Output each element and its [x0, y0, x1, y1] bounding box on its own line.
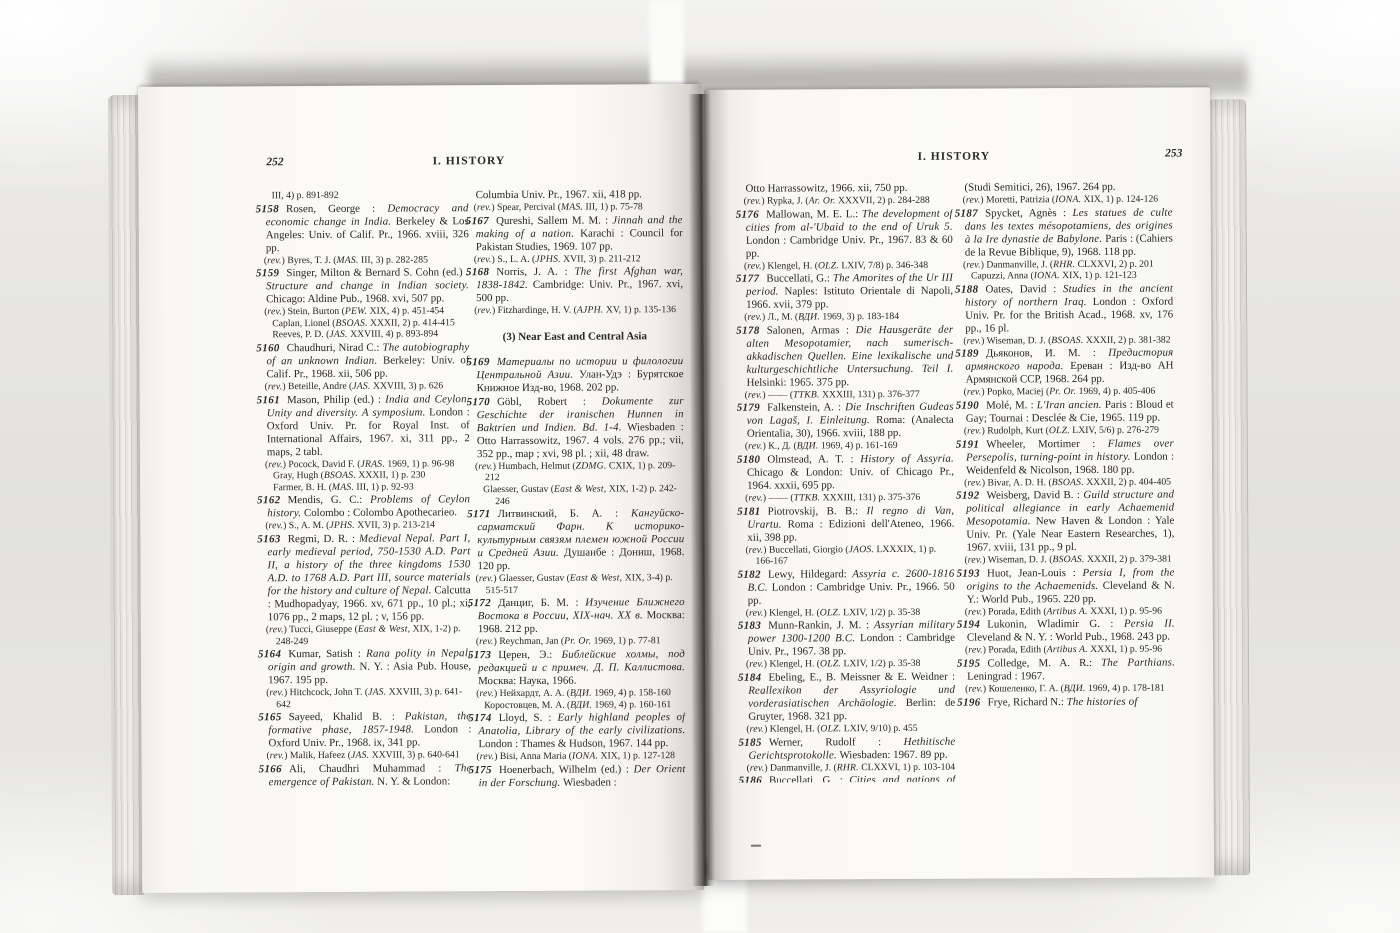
running-head-right: I. HISTORY [735, 150, 1172, 164]
review-line: (rev.) S., L. A. (JPHS. XVII, 3) p. 211-… [466, 253, 683, 266]
entry-5182: 5182Lewy, Hildegard: Assyria c. 2600-181… [738, 567, 955, 607]
entry-5186: 5186Buccellati, G. : Cities and nations … [739, 774, 956, 783]
entry-number: 5180 [737, 454, 767, 466]
book-photo: 252 I. HISTORY III, 4) p. 891-8925158Ros… [0, 0, 1400, 933]
review-line: (rev.) Danmanville, J. (RHR. CLXXVI, 2) … [955, 258, 1173, 271]
review-line: (rev.) Humbach, Helmut (ZDMG. CXIX, 1) p… [467, 460, 684, 484]
entry-number: 5191 [956, 438, 986, 450]
right-page-column-2: (Studi Semitici, 26), 1967. 264 pp.(rev.… [955, 181, 1176, 782]
entry-5193: 5193Huot, Jean-Louis : Persia I, from th… [957, 566, 1175, 606]
review-line: (rev.) Bisi, Anna Maria (IONA. XIX, 1) p… [468, 750, 685, 763]
review-line: (rev.) Moretti, Patrizia (IONA. XIX, 1) … [955, 194, 1173, 207]
entry-number: 5188 [955, 283, 985, 295]
entry-number: 5193 [957, 567, 987, 579]
entry-number: 5178 [736, 324, 766, 336]
review-line: (rev.) Danmanville, J. (RHR. CLXXVI, 1) … [739, 761, 956, 774]
entry-number: 5167 [466, 215, 496, 227]
entry-number: 5164 [258, 648, 288, 660]
entry-number: 5166 [259, 763, 289, 775]
entry-number: 5185 [738, 736, 768, 748]
review-line: (rev.) Hitchcock, John T. (JAS. XXVIII, … [258, 686, 471, 710]
entry-5194: 5194Lukonin, Wladimir G. : Persia II. Cl… [957, 618, 1175, 645]
review-line: (rev.) Л., М. (ВДИ. 1969, 3) p. 183-184 [736, 311, 953, 324]
review-line: (rev.) —— (TTKB. XXXIII, 131) p. 376-377 [737, 388, 954, 401]
entry-5181: 5181Piotrovskij, B. B.: Il regno di Van,… [737, 504, 954, 544]
entry-number: 5177 [736, 273, 766, 285]
review-line: Capuzzi, Anna (IONA. XIX, 1) p. 121-123 [955, 270, 1173, 283]
carryover-line: Columbia Univ. Pr., 1967. xii, 418 pp. [466, 188, 683, 202]
entry-5180: 5180Olmstead, A. T. : History of Assyria… [737, 453, 954, 493]
entry-number: 5163 [257, 533, 287, 545]
review-line: (rev.) Rypka, J. (Ar. Or. XXXVII, 2) p. … [736, 195, 953, 208]
entry-number: 5187 [955, 207, 985, 219]
review-line: (rev.) Klengel, H. (OLZ. LXIV, 9/10) p. … [738, 723, 955, 736]
left-page-column-2: Columbia Univ. Pr., 1967. xii, 418 pp.(r… [466, 188, 686, 797]
entry-number: 5159 [256, 267, 286, 279]
review-line: (rev.) Tucci, Giuseppe (East & West, XIX… [258, 623, 471, 647]
entry-5168: 5168Norris, J. A. : The first Afghan war… [466, 265, 683, 305]
entry-number: 5175 [469, 764, 499, 776]
entry-5189: 5189Дьяконов, И. М. : Предистория армянс… [955, 347, 1173, 387]
page-left: 252 I. HISTORY III, 4) p. 891-8925158Ros… [138, 84, 704, 893]
review-line: (rev.) Klengel, H. (OLZ. LXIV, 1/2) p. 3… [738, 606, 955, 619]
entry-5183: 5183Munn-Rankin, J. M. : Assyrian milita… [738, 619, 955, 659]
entry-5179: 5179Falkenstein, A. : Die Inschriften Gu… [737, 401, 954, 441]
entry-number: 5190 [956, 399, 986, 411]
review-line: (rev.) Кошеленко, Г. А. (ВДИ. 1969, 4) p… [957, 682, 1175, 695]
entry-5190: 5190Molé, M. : L'Iran ancien. Paris : Bl… [956, 398, 1174, 425]
entry-number: 5196 [957, 696, 987, 708]
entry-number: 5184 [738, 672, 768, 684]
entry-5160: 5160Chaudhuri, Nirad C.: The autobiograp… [256, 341, 469, 381]
entry-5163: 5163Regmi, D. R. : Medieval Nepal. Part … [257, 532, 470, 624]
entry-5177: 5177Buccellati, G.: The Amorites of the … [736, 272, 953, 312]
entry-number: 5169 [466, 356, 496, 368]
carryover-line: (Studi Semitici, 26), 1967. 264 pp. [955, 181, 1173, 195]
entry-number: 5194 [957, 619, 987, 631]
background-strip-top [650, 0, 684, 92]
entry-5175: 5175Hoenerbach, Wilhelm (ed.) : Der Orie… [469, 763, 686, 790]
entry-5195: 5195Colledge, M. A. R.: The Parthians. L… [957, 656, 1175, 683]
review-line: (rev.) Stein, Burton (PEW. XIX, 4) p. 45… [256, 305, 469, 318]
entry-5166: 5166Ali, Chaudhri Muhammad : The emergen… [259, 762, 472, 789]
binding-gutter-shadow [688, 94, 714, 886]
entry-number: 5183 [738, 620, 768, 632]
entry-5171: 5171Литвинский, Б. А. : Кангуйско-сармат… [467, 507, 684, 573]
review-line: (rev.) Spear, Percival (MAS. III, 1) p. … [466, 201, 683, 214]
review-line: (rev.) Rudolph, Kurt (OLZ. LXIV, 5/6) p.… [956, 424, 1174, 437]
entry-5165: 5165Sayeed, Khalid B. : Pakistan, the fo… [258, 711, 471, 751]
entry-5170: 5170Göbl, Robert : Dokumente zur Geschic… [467, 395, 684, 461]
review-line: (rev.) Pocock, David F. (JRAS. 1969, 1) … [257, 458, 470, 471]
entry-number: 5162 [257, 495, 287, 507]
entry-number: 5168 [466, 266, 496, 278]
review-line: (rev.) Buccellati, Giorgio (JAOS. LXXXIX… [737, 543, 954, 567]
review-line: (rev.) Klengel, H. (OLZ. LXIV, 1/2) p. 3… [738, 658, 955, 671]
review-line: Farmer, B. H. (MAS. III, 1) p. 92-93 [257, 481, 470, 494]
review-line: (rev.) Popko, Maciej (Pr. Or. 1969, 4) p… [956, 386, 1174, 399]
entry-5185: 5185Werner, Rudolf : Hethitische Gericht… [738, 735, 955, 762]
left-page-column-1: III, 4) p. 891-8925158Rosen, George : De… [256, 189, 472, 798]
review-line: (rev.) Нейхардт, А. А. (ВДИ. 1969, 4) p.… [468, 687, 685, 700]
entry-5196: 5196Frye, Richard N.: The histories of [957, 695, 1175, 709]
entry-5173: 5173Церен, Э.: Библейские холмы, под ред… [468, 648, 685, 688]
review-line: (rev.) Glaesser, Gustav (East & West, XI… [468, 572, 685, 596]
scan-artifact-dash [751, 845, 761, 847]
entry-number: 5195 [957, 657, 987, 669]
review-line: (rev.) Wiseman, D. J. (BSOAS. XXXII, 2) … [955, 334, 1173, 347]
running-head-left: I. HISTORY [255, 154, 682, 168]
page-right: I. HISTORY 253 Otto Harrassowitz, 1966. … [704, 87, 1214, 880]
entry-number: 5176 [736, 208, 766, 220]
entry-number: 5172 [468, 597, 498, 609]
review-line: (rev.) —— (TTKB. XXXIII, 131) p. 375-376 [737, 492, 954, 505]
review-line: (rev.) S., A. M. (JPHS. XVII, 3) p. 213-… [257, 520, 470, 533]
entry-5191: 5191Wheeler, Mortimer : Flames over Pers… [956, 437, 1174, 477]
entry-5192: 5192Weisberg, David B. : Guild structure… [956, 489, 1174, 555]
entry-5184: 5184Ebeling, E., B. Meissner & E. Weidne… [738, 671, 955, 724]
review-line: Glaesser, Gustav (East & West, XIX, 1-2)… [467, 483, 684, 507]
entry-5176: 5176Mallowan, M. E. L.: The development … [736, 207, 953, 260]
section-heading: (3) Near East and Central Asia [466, 330, 683, 343]
review-line: (rev.) Reychman, Jan (Pr. Or. 1969, 1) p… [468, 635, 685, 648]
entry-number: 5160 [256, 342, 286, 354]
review-line: Коростовцев, М. А. (ВДИ. 1969, 4) p. 160… [468, 699, 685, 712]
entry-5164: 5164Kumar, Satish : Rana polity in Nepal… [258, 647, 471, 687]
review-line: (rev.) Porada, Edith (Artibus A. XXXI, 1… [957, 605, 1175, 618]
review-line: (rev.) Wiseman, D. J. (BSOAS. XXXII, 2) … [956, 554, 1174, 567]
entry-5178: 5178Salonen, Armas : Die Hausgeräte der … [736, 323, 953, 389]
entry-number: 5173 [468, 649, 498, 661]
entry-5161: 5161Mason, Philip (ed.) : India and Ceyl… [257, 393, 470, 459]
entry-number: 5179 [737, 402, 767, 414]
entry-5158: 5158Rosen, George : Democracy and econom… [256, 202, 469, 255]
entry-number: 5158 [256, 203, 286, 215]
carryover-line: III, 4) p. 891-892 [256, 189, 469, 202]
entry-number: 5186 [739, 775, 769, 783]
entry-number: 5182 [738, 568, 768, 580]
review-line: (rev.) Porada, Edith (Artibus A. XXXI, 1… [957, 644, 1175, 657]
entry-number: 5192 [956, 490, 986, 502]
entry-number: 5181 [737, 505, 767, 517]
review-line: (rev.) Malik, Hafeez (JAS. XXVIII, 3) p.… [258, 750, 471, 763]
entry-number: 5161 [257, 394, 287, 406]
entry-5162: 5162Mendis, G. C.: Problems of Ceylon hi… [257, 494, 470, 521]
review-line: (rev.) Bivar, A. D. H. (BSOAS. XXXII, 2)… [956, 476, 1174, 489]
review-line: Reeves, P. D. (JAS. XXVIII, 4) p. 893-89… [256, 329, 469, 342]
page-number-right: 253 [1165, 147, 1182, 159]
entry-5187: 5187Spycket, Agnès : Les statues de cult… [955, 206, 1173, 259]
entry-5169: 5169Материалы по истории и филологии Цен… [466, 355, 683, 395]
review-line: (rev.) Fitzhardinge, H. V. (AJPH. XV, 1)… [466, 304, 683, 317]
review-line: (rev.) Beteille, Andre (JAS. XXVIII, 3) … [257, 380, 470, 393]
review-line: (rev.) Byres, T. J. (MAS. III, 3) p. 282… [256, 254, 469, 267]
right-page-column-1: Otto Harrassowitz, 1966. xii, 750 pp.(re… [736, 182, 956, 783]
entry-5167: 5167Qureshi, Sallem M. M. : Jinnah and t… [466, 214, 683, 254]
review-line: (rev.) К., Д. (ВДИ. 1969, 4) p. 161-169 [737, 440, 954, 453]
entry-number: 5170 [467, 396, 497, 408]
review-line: (rev.) Klengel, H. (OLZ. LXIV, 7/8) p. 3… [736, 259, 953, 272]
entry-5174: 5174Lloyd, S. : Early highland peoples o… [468, 711, 685, 751]
entry-number: 5171 [467, 508, 497, 520]
entry-5172: 5172Данциг, Б. М. : Изучение Ближнего Во… [468, 596, 685, 636]
carryover-line: Otto Harrassowitz, 1966. xii, 750 pp. [736, 182, 953, 196]
entry-5188: 5188Oates, David : Studies in the ancien… [955, 282, 1173, 335]
entry-5159: 5159Singer, Milton & Bernard S. Cohn (ed… [256, 266, 469, 306]
entry-number: 5165 [258, 711, 288, 723]
entry-number: 5189 [955, 348, 985, 360]
entry-number: 5174 [468, 712, 498, 724]
